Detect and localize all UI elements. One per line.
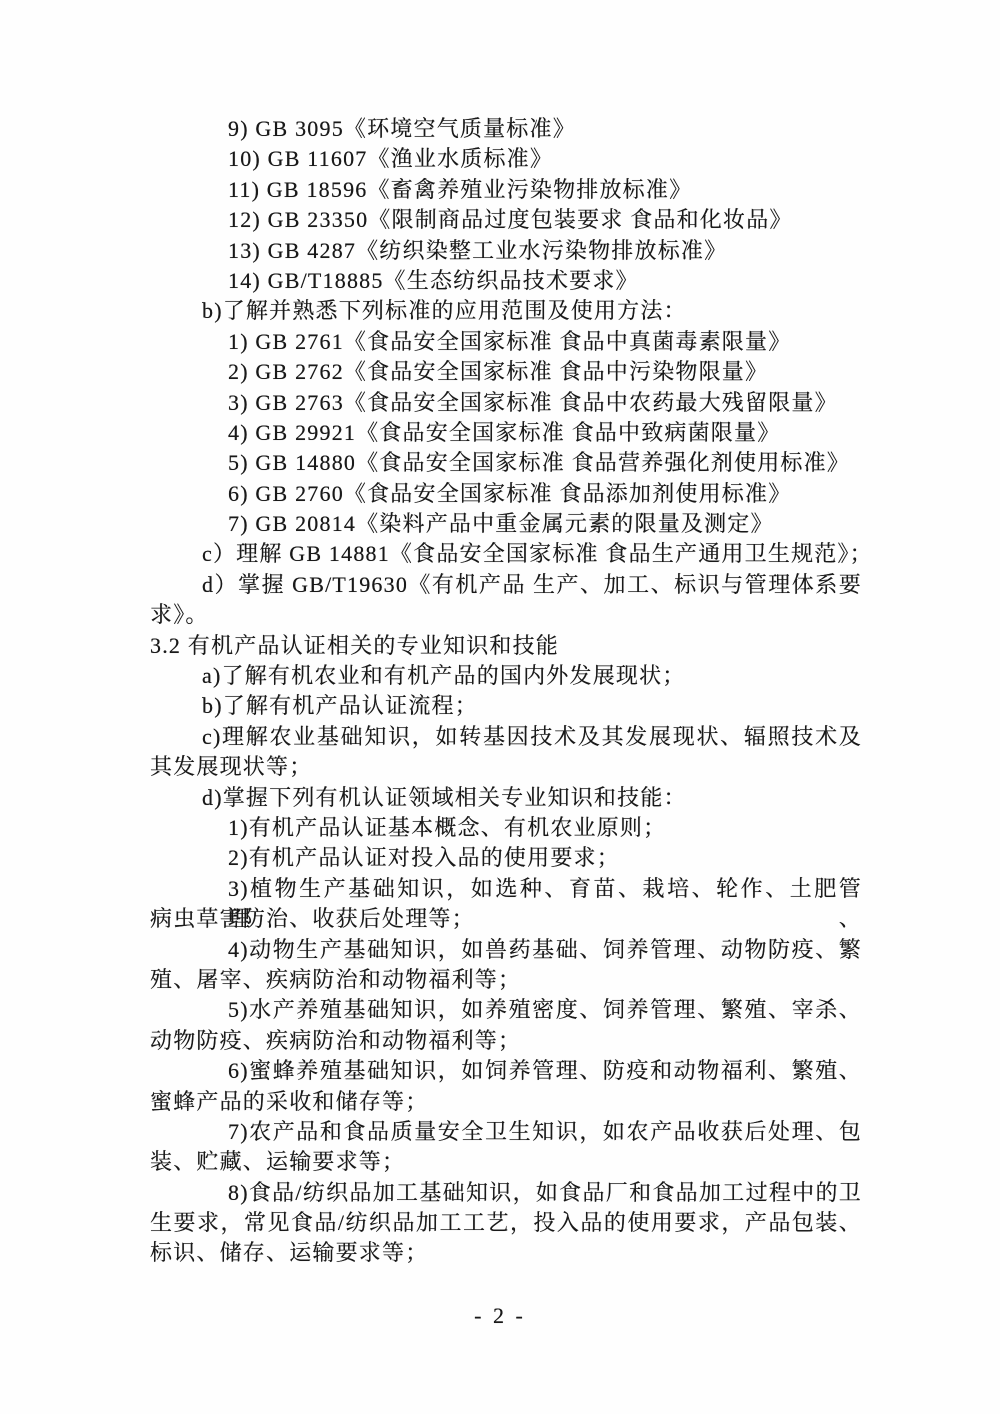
text-line: 11) GB 18596《畜禽养殖业污染物排放标准》 [150,175,862,205]
text-line: 6)蜜蜂养殖基础知识，如饲养管理、防疫和动物福利、繁殖、 [150,1056,862,1086]
text-line: 4)动物生产基础知识，如兽药基础、饲养管理、动物防疫、繁 [150,935,862,965]
text-line: 生要求，常见食品/纺织品加工工艺，投入品的使用要求，产品包装、 [150,1208,862,1238]
text-line: 1) GB 2761《食品安全国家标准 食品中真菌毒素限量》 [150,327,862,357]
text-line: 其发展现状等； [150,752,862,782]
text-line: 1)有机产品认证基本概念、有机农业原则； [150,813,862,843]
text-line: 标识、储存、运输要求等； [150,1238,862,1268]
text-line: d）掌握 GB/T19630《有机产品 生产、加工、标识与管理体系要 [150,570,862,600]
text-line: 2)有机产品认证对投入品的使用要求； [150,843,862,873]
text-line: 5) GB 14880《食品安全国家标准 食品营养强化剂使用标准》 [150,448,862,478]
text-line: 8)食品/纺织品加工基础知识，如食品厂和食品加工过程中的卫 [150,1178,862,1208]
text-line: 4) GB 29921《食品安全国家标准 食品中致病菌限量》 [150,418,862,448]
text-line: 3) GB 2763《食品安全国家标准 食品中农药最大残留限量》 [150,388,862,418]
text-line: 12) GB 23350《限制商品过度包装要求 食品和化妆品》 [150,205,862,235]
text-line: c）理解 GB 14881《食品安全国家标准 食品生产通用卫生规范》； [150,539,862,569]
text-line: 13) GB 4287《纺织染整工业水污染物排放标准》 [150,236,862,266]
text-line: 5)水产养殖基础知识，如养殖密度、饲养管理、繁殖、宰杀、 [150,995,862,1025]
text-line: b)了解并熟悉下列标准的应用范围及使用方法： [150,296,862,326]
text-line: 6) GB 2760《食品安全国家标准 食品添加剂使用标准》 [150,479,862,509]
text-line: 装、贮藏、运输要求等； [150,1147,862,1177]
document-page: 9) GB 3095《环境空气质量标准》10) GB 11607《渔业水质标准》… [0,0,1000,1414]
text-line: 2) GB 2762《食品安全国家标准 食品中污染物限量》 [150,357,862,387]
text-line: 9) GB 3095《环境空气质量标准》 [150,114,862,144]
text-line: 殖、屠宰、疾病防治和动物福利等； [150,965,862,995]
page-footer: - 2 - [0,1303,1000,1329]
text-line: 蜜蜂产品的采收和储存等； [150,1087,862,1117]
text-line: c)理解农业基础知识，如转基因技术及其发展现状、辐照技术及 [150,722,862,752]
text-line: 7)农产品和食品质量安全卫生知识，如农产品收获后处理、包 [150,1117,862,1147]
text-line: d)掌握下列有机认证领域相关专业知识和技能： [150,783,862,813]
text-line: b)了解有机产品认证流程； [150,691,862,721]
page-number: - 2 - [474,1303,526,1328]
document-body: 9) GB 3095《环境空气质量标准》10) GB 11607《渔业水质标准》… [150,114,862,1269]
text-line: 求》。 [150,600,862,630]
text-line: 14) GB/T18885《生态纺织品技术要求》 [150,266,862,296]
text-line: a)了解有机农业和有机产品的国内外发展现状； [150,661,862,691]
text-line: 3.2 有机产品认证相关的专业知识和技能 [150,631,862,661]
text-line: 7) GB 20814《染料产品中重金属元素的限量及测定》 [150,509,862,539]
text-line: 3)植物生产基础知识，如选种、育苗、栽培、轮作、土肥管理、 [150,874,862,904]
text-line: 10) GB 11607《渔业水质标准》 [150,144,862,174]
text-line: 动物防疫、疾病防治和动物福利等； [150,1026,862,1056]
